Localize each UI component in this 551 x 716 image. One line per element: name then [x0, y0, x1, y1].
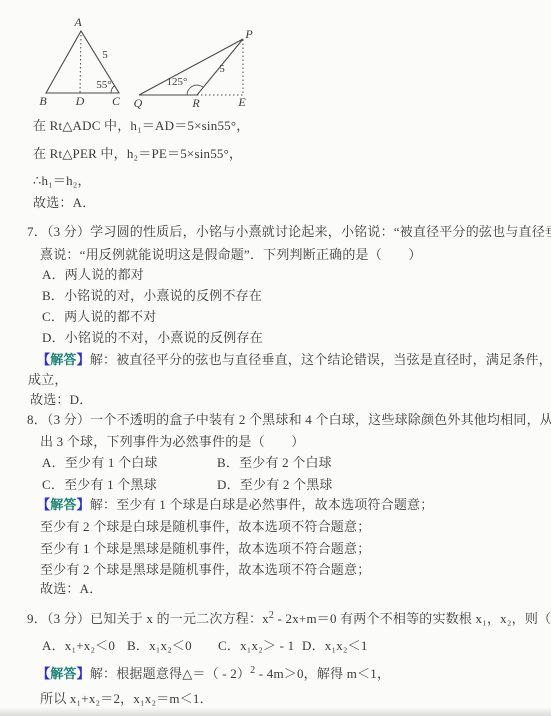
q9-option-b: B．x₁x₂＜0 — [127, 638, 192, 654]
q9-solution-pre: 解：根据题意得△＝（ - 2） — [90, 666, 250, 681]
q7-option-a: A．两人说的都对 — [42, 267, 144, 283]
vertex-label-A: A — [73, 15, 82, 29]
q7-option-d: D．小铭说的不对，小熹说的反例存在 — [42, 330, 263, 346]
side-length-RP: 5 — [219, 63, 225, 75]
q8-solution-line-3: 至少有 1 个球是黑球是随机事件，故本选项不符合题意； — [40, 541, 370, 557]
q9-text-pre: 已知关于 x 的一元二次方程：x — [90, 611, 269, 626]
vertex-label-C: C — [112, 94, 121, 108]
exam-solution-page: A B D C 5 55° Q R E P 5 125° 在 Rt△ADC 中，… — [0, 0, 551, 716]
q8-statement-line-2: 出 3 个球，下列事件为必然事件的是（ ） — [40, 434, 304, 450]
answer-label: 解答 — [50, 497, 76, 512]
q9-solution-line-1: 【解答】解：根据题意得△＝（ - 2）2 - 4m＞0，解得 m＜1， — [37, 666, 390, 684]
q8-option-b: B．至少有 2 个白球 — [217, 455, 332, 471]
q9-solution-exponent: 2 — [250, 665, 255, 676]
q7-statement-line-2: 熹说：“用反例就能说明这是假命题”．下列判断正确的是（ ） — [40, 247, 422, 263]
q7-option-c: C．两人说的都不对 — [42, 309, 156, 325]
q9-option-d: D．x₁x₂＜1 — [302, 638, 368, 654]
q7-option-b: B．小铭说的对，小熹说的反例不存在 — [42, 288, 262, 304]
q8-solution-line-2: 至少有 2 个球是白球是随机事件，故本选项不符合题意； — [40, 519, 370, 535]
answer-open-bracket: 【 — [37, 352, 50, 367]
q6-solution-line-2: 在 Rt△PER 中，h₂＝PE＝5×sin55°， — [33, 146, 242, 162]
q7-text-1: 学习圆的性质后，小铭与小熹就讨论起来，小铭说：“被直径平分的弦也与直径垂直”，小 — [90, 224, 551, 239]
vertex-label-B: B — [39, 94, 47, 108]
q7-number: 7． — [27, 224, 47, 239]
q7-answer-line: 故选：D． — [30, 392, 92, 408]
vertex-label-Q: Q — [134, 96, 143, 110]
angle-label-C: 55° — [96, 79, 111, 91]
q8-option-c: C．至少有 1 个黑球 — [42, 477, 157, 493]
q7-score: （3 分） — [47, 224, 90, 239]
answer-close-bracket: 】 — [77, 352, 90, 367]
vertex-label-P: P — [244, 27, 253, 41]
q9-statement-line-1: 9．（3 分）已知关于 x 的一元二次方程：x2 - 2x+m＝0 有两个不相等… — [27, 611, 551, 629]
page-bottom-shadow — [0, 707, 551, 716]
q8-solution-line-4: 至少有 2 个球是黑球是随机事件，故本选项不符合题意； — [40, 562, 370, 578]
q8-number: 8． — [27, 412, 47, 427]
q9-score: （3 分） — [47, 611, 90, 626]
q9-solution-post: - 4m＞0，解得 m＜1， — [255, 666, 390, 681]
angle-label-R: 125° — [167, 76, 188, 88]
q7-statement-line-1: 7．（3 分）学习圆的性质后，小铭与小熹就讨论起来，小铭说：“被直径平分的弦也与… — [27, 224, 551, 240]
triangle-PQR — [139, 39, 243, 95]
answer-open-bracket: 【 — [37, 666, 50, 681]
answer-label: 解答 — [50, 352, 76, 367]
q7-solution-line-1: 【解答】解：被直径平分的弦也与直径垂直，这个结论错误，当弦是直径时，满足条件，结… — [37, 352, 551, 368]
q7-solution-line-2: 成立， — [28, 372, 68, 388]
q6-answer-line: 故选：A． — [33, 195, 95, 211]
q8-statement-line-1: 8．（3 分）一个不透明的盒子中装有 2 个黑球和 4 个白球，这些球除颜色外其… — [27, 412, 551, 428]
vertex-label-R: R — [191, 96, 200, 110]
q8-score: （3 分） — [47, 412, 90, 427]
vertex-label-E: E — [237, 95, 246, 109]
q7-solution-text: 解：被直径平分的弦也与直径垂直，这个结论错误，当弦是直径时，满足条件，结论不 — [90, 352, 551, 367]
q8-answer-line: 故选：A． — [40, 581, 102, 597]
q9-option-c: C．x₁x₂＞ - 1 — [218, 638, 294, 654]
answer-close-bracket: 】 — [77, 666, 90, 681]
q8-option-a: A．至少有 1 个白球 — [42, 455, 158, 471]
answer-close-bracket: 】 — [77, 497, 90, 512]
q6-solution-line-3: ∴h₁＝h₂， — [33, 173, 91, 189]
q9-solution-line-2: 所以 x₁+x₂＝2，x₁x₂＝m＜1． — [40, 691, 213, 707]
q8-option-d: D．至少有 2 个黑球 — [217, 477, 333, 493]
triangles-figure: A B D C 5 55° Q R E P 5 125° — [0, 0, 280, 115]
q8-text-1: 一个不透明的盒子中装有 2 个黑球和 4 个白球，这些球除颜色外其他均相同，从中… — [90, 412, 551, 427]
q8-solution-line-1: 【解答】解：至少有 1 个球是白球是必然事件，故本选项符合题意； — [37, 497, 433, 513]
q6-solution-line-1: 在 Rt△ADC 中，h₁＝AD＝5×sin55°， — [33, 118, 249, 134]
q9-text-post: - 2x+m＝0 有两个不相等的实数根 x₁，x₂，则（ ） — [274, 611, 551, 626]
q9-exponent: 2 — [269, 610, 274, 621]
side-length-AC: 5 — [102, 49, 108, 61]
q9-option-a: A．x₁+x₂＜0 — [42, 638, 115, 654]
q8-solution-text: 解：至少有 1 个球是白球是必然事件，故本选项符合题意； — [90, 497, 434, 512]
vertex-label-D: D — [75, 94, 85, 108]
q9-number: 9． — [27, 611, 47, 626]
answer-open-bracket: 【 — [37, 497, 50, 512]
answer-label: 解答 — [50, 666, 76, 681]
